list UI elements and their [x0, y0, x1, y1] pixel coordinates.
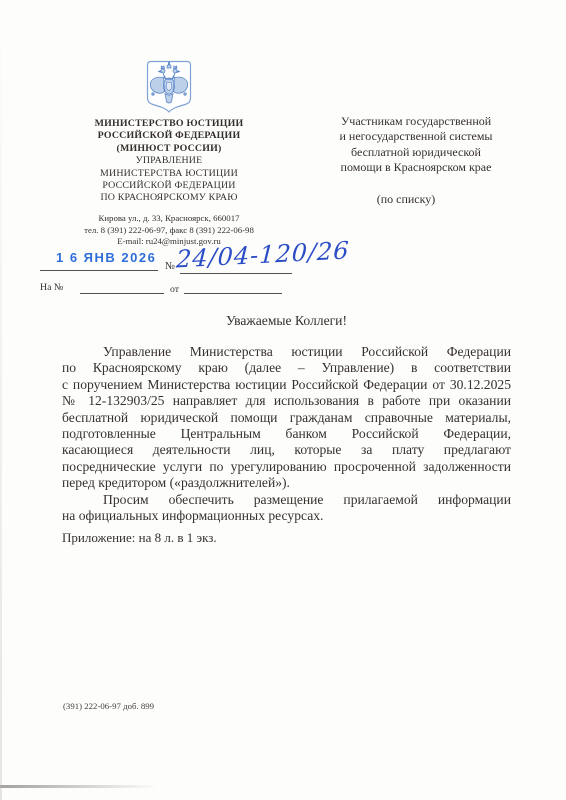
scanned-letter-page: МИНИСТЕРСТВО ЮСТИЦИИ РОССИЙСКОЙ ФЕДЕРАЦИ…: [0, 0, 566, 800]
scan-artifact-smudge: [0, 785, 158, 788]
sender-block: МИНИСТЕРСТВО ЮСТИЦИИ РОССИЙСКОЙ ФЕДЕРАЦИ…: [38, 118, 300, 248]
recipient-block: Участникам государственной и негосударст…: [312, 114, 520, 176]
ministry-name-line: РОССИЙСКОЙ ФЕДЕРАЦИИ: [38, 130, 300, 142]
ref-from-underline: [184, 293, 282, 294]
body-line: подготовленные Центральным банком Россий…: [62, 426, 511, 442]
recipient-line: и негосударственной системы: [312, 129, 520, 144]
reg-number-label: №: [165, 261, 175, 272]
ministry-name-line: (МИНЮСТ РОССИИ): [38, 143, 300, 155]
ministry-division-line: ПО КРАСНОЯРСКОМУ КРАЮ: [38, 192, 300, 204]
body-line: № 12-132903/25 направляет для использова…: [62, 393, 511, 409]
body-line: перед кредитором («раздолжнителей»).: [62, 475, 511, 491]
recipient-line: помощи в Красноярском крае: [312, 160, 520, 175]
incoming-date-stamp: 1 6 ЯНВ 2026: [56, 250, 156, 265]
salutation: Уважаемые Коллеги!: [62, 313, 511, 329]
body-line: с поручением Министерства юстиции Россий…: [62, 377, 511, 393]
sender-address-line: Кирова ул., д. 33, Красноярск, 660017: [38, 213, 300, 225]
body-line: на официальных информационных ресурсах.: [62, 508, 511, 524]
recipient-line: бесплатной юридической: [312, 145, 520, 160]
distribution-list-note: (по списку): [302, 192, 510, 207]
body-line: Просим обеспечить размещение прилагаемой…: [62, 492, 511, 508]
footer-phone: (391) 222-06-97 доб. 899: [63, 701, 154, 711]
ref-from-label: от: [170, 284, 179, 295]
ref-number-label: На №: [40, 282, 63, 293]
scan-artifact-edge: [0, 0, 2, 800]
attachment-note: Приложение: на 8 л. в 1 экз.: [62, 530, 217, 546]
body-line: касающиеся деятельности лиц, которые за …: [62, 442, 511, 458]
body-line: посреднические услуги по урегулированию …: [62, 459, 511, 475]
ministry-division-line: УПРАВЛЕНИЕ: [38, 155, 300, 167]
body-line: бесплатной юридической помощи гражданам …: [62, 410, 511, 426]
ministry-name: МИНИСТЕРСТВО ЮСТИЦИИ РОССИЙСКОЙ ФЕДЕРАЦИ…: [38, 118, 300, 155]
recipient-line: Участникам государственной: [312, 114, 520, 129]
reg-number-underline: [180, 273, 292, 274]
ministry-division-line: РОССИЙСКОЙ ФЕДЕРАЦИИ: [38, 180, 300, 192]
ministry-division-line: МИНИСТЕРСТВА ЮСТИЦИИ: [38, 168, 300, 180]
body-line: Управление Министерства юстиции Российск…: [62, 344, 511, 360]
ministry-division: УПРАВЛЕНИЕ МИНИСТЕРСТВА ЮСТИЦИИ РОССИЙСК…: [38, 155, 300, 205]
coat-of-arms-icon: [146, 59, 192, 114]
ref-number-underline: [80, 293, 164, 294]
date-underline: [40, 270, 158, 271]
body-line: по Красноярскому краю (далее – Управлени…: [62, 360, 511, 376]
letter-body: Управление Министерства юстиции Российск…: [62, 344, 511, 524]
ministry-name-line: МИНИСТЕРСТВО ЮСТИЦИИ: [38, 118, 300, 130]
sender-address-line: тел. 8 (391) 222-06-97, факс 8 (391) 222…: [38, 225, 300, 237]
